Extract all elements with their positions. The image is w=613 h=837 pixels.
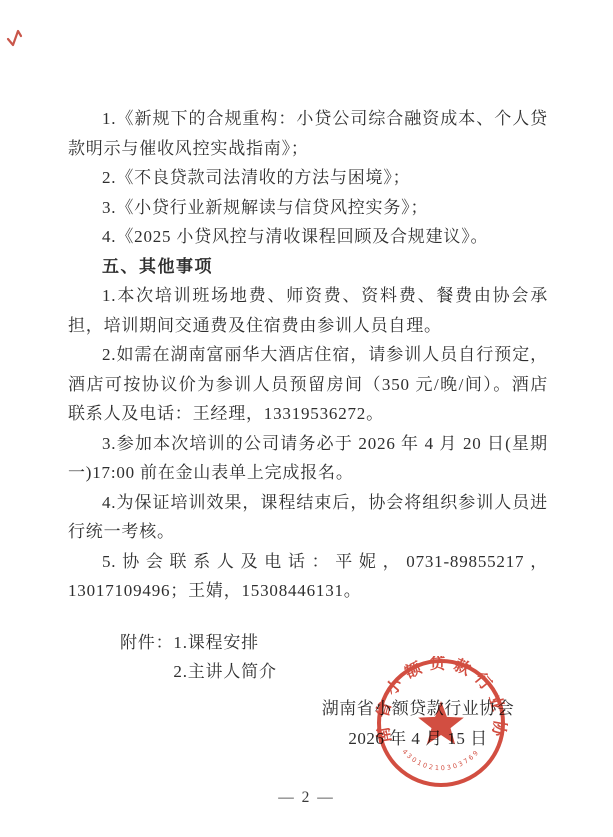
attachment-item: 1.课程安排 [173, 628, 276, 658]
attachment-item: 2.主讲人简介 [173, 657, 276, 687]
course-item: 1.《新规下的合规重构：小贷公司综合融资成本、个人贷款明示与催收风控实战指南》； [68, 104, 548, 163]
page-number: — 2 — [0, 789, 613, 807]
note-item: 3.参加本次培训的公司请务必于 2026 年 4 月 20 日(星期一)17:0… [68, 429, 548, 488]
course-item: 4.《2025 小贷风控与清收课程回顾及合规建议》。 [68, 222, 548, 252]
section-heading: 五、其他事项 [68, 252, 548, 282]
document-body: 1.《新规下的合规重构：小贷公司综合融资成本、个人贷款明示与催收风控实战指南》；… [68, 104, 548, 687]
attachments-label: 附件： [120, 628, 173, 658]
note-item: 5.协会联系人及电话：平妮，0731-89855217，13017109496；… [68, 547, 548, 606]
attachments-block: 附件： 1.课程安排 2.主讲人简介 [120, 628, 548, 687]
document-page: 1.《新规下的合规重构：小贷公司综合融资成本、个人贷款明示与催收风控实战指南》；… [0, 0, 613, 837]
course-item: 2.《不良贷款司法清收的方法与困境》； [68, 163, 548, 193]
course-item: 3.《小贷行业新规解读与信贷风控实务》； [68, 193, 548, 223]
note-item: 4.为保证培训效果，课程结束后，协会将组织参训人员进行统一考核。 [68, 488, 548, 547]
note-item: 1.本次培训班场地费、师资费、资料费、餐费由协会承担，培训期间交通费及住宿费由参… [68, 281, 548, 340]
attachments-list: 1.课程安排 2.主讲人简介 [173, 628, 276, 687]
red-pen-mark [6, 27, 24, 49]
signature-org: 湖南省小额贷款行业协会 [313, 694, 523, 724]
signature-date: 2026 年 4 月 15 日 [313, 724, 523, 754]
signature-block: 湖南省小额贷款行业协会 2026 年 4 月 15 日 [313, 694, 523, 754]
note-item: 2.如需在湖南富丽华大酒店住宿，请参训人员自行预定，酒店可按协议价为参训人员预留… [68, 340, 548, 429]
